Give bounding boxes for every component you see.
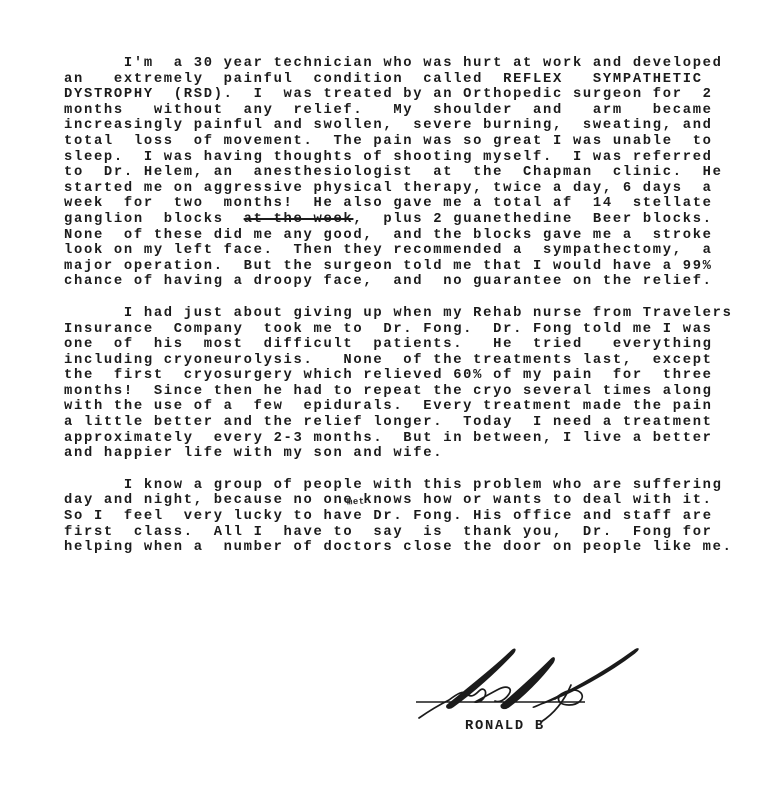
paragraph-3: I know a group of people with this probl…	[64, 478, 733, 556]
text-line: months! Since then he had to repeat the …	[64, 384, 733, 400]
text-line: sleep. I was having thoughts of shooting…	[64, 150, 733, 166]
text-line: with the use of a few epidurals. Every t…	[64, 399, 733, 415]
text-line: first class. All I have to say is thank …	[64, 525, 733, 541]
text-line: to Dr. Helem, an anesthesiologist at the…	[64, 165, 733, 181]
handwritten-insertion: met	[347, 495, 365, 511]
text-line: None of these did me any good, and the b…	[64, 228, 733, 244]
text-line: approximately every 2-3 months. But in b…	[64, 431, 733, 447]
text-line: and happier life with my son and wife.	[64, 446, 733, 462]
text-line: a little better and the relief longer. T…	[64, 415, 733, 431]
letter-page: I'm a 30 year technician who was hurt at…	[0, 0, 779, 800]
text-line: I had just about giving up when my Rehab…	[64, 306, 733, 322]
text-line-with-insertion: So I feel very lucky to havemet Dr. Fong…	[64, 509, 733, 525]
text-line: increasingly painful and swollen, severe…	[64, 118, 733, 134]
text-segment: Dr. Fong. His office and staff are	[363, 509, 712, 524]
struck-out-text: at the week	[244, 212, 354, 227]
text-line: one of his most difficult patients. He t…	[64, 337, 733, 353]
text-line: Insurance Company took me to Dr. Fong. D…	[64, 322, 733, 338]
letter-body: I'm a 30 year technician who was hurt at…	[64, 56, 733, 556]
paragraph-2: I had just about giving up when my Rehab…	[64, 306, 733, 462]
text-line: day and night, because no one knows how …	[64, 493, 733, 509]
text-line: major operation. But the surgeon told me…	[64, 259, 733, 275]
text-line: total loss of movement. The pain was so …	[64, 134, 733, 150]
text-line: chance of having a droopy face, and no g…	[64, 274, 733, 290]
text-segment: , plus 2 guanethedine Beer blocks.	[353, 212, 712, 227]
text-line: started me on aggressive physical therap…	[64, 181, 733, 197]
text-line: the first cryosurgery which relieved 60%…	[64, 368, 733, 384]
text-line-strikethrough: ganglion blocks at the week, plus 2 guan…	[64, 212, 733, 228]
text-line: helping when a number of doctors close t…	[64, 540, 733, 556]
text-line: DYSTROPHY (RSD). I was treated by an Ort…	[64, 87, 733, 103]
text-line: months without any relief. My shoulder a…	[64, 103, 733, 119]
text-line: look on my left face. Then they recommen…	[64, 243, 733, 259]
text-line: an extremely painful condition called RE…	[64, 72, 733, 88]
text-segment: ganglion blocks	[64, 212, 244, 227]
text-line: including cryoneurolysis. None of the tr…	[64, 353, 733, 369]
text-segment: So I feel very lucky to have	[64, 509, 363, 524]
signature-block: RONALD B	[413, 641, 663, 734]
text-line: I'm a 30 year technician who was hurt at…	[64, 56, 733, 72]
paragraph-1: I'm a 30 year technician who was hurt at…	[64, 56, 733, 290]
text-line: week for two months! He also gave me a t…	[64, 196, 733, 212]
handwritten-signature	[413, 641, 663, 725]
text-line: I know a group of people with this probl…	[64, 478, 733, 494]
typed-signer-name: RONALD B	[465, 719, 663, 734]
